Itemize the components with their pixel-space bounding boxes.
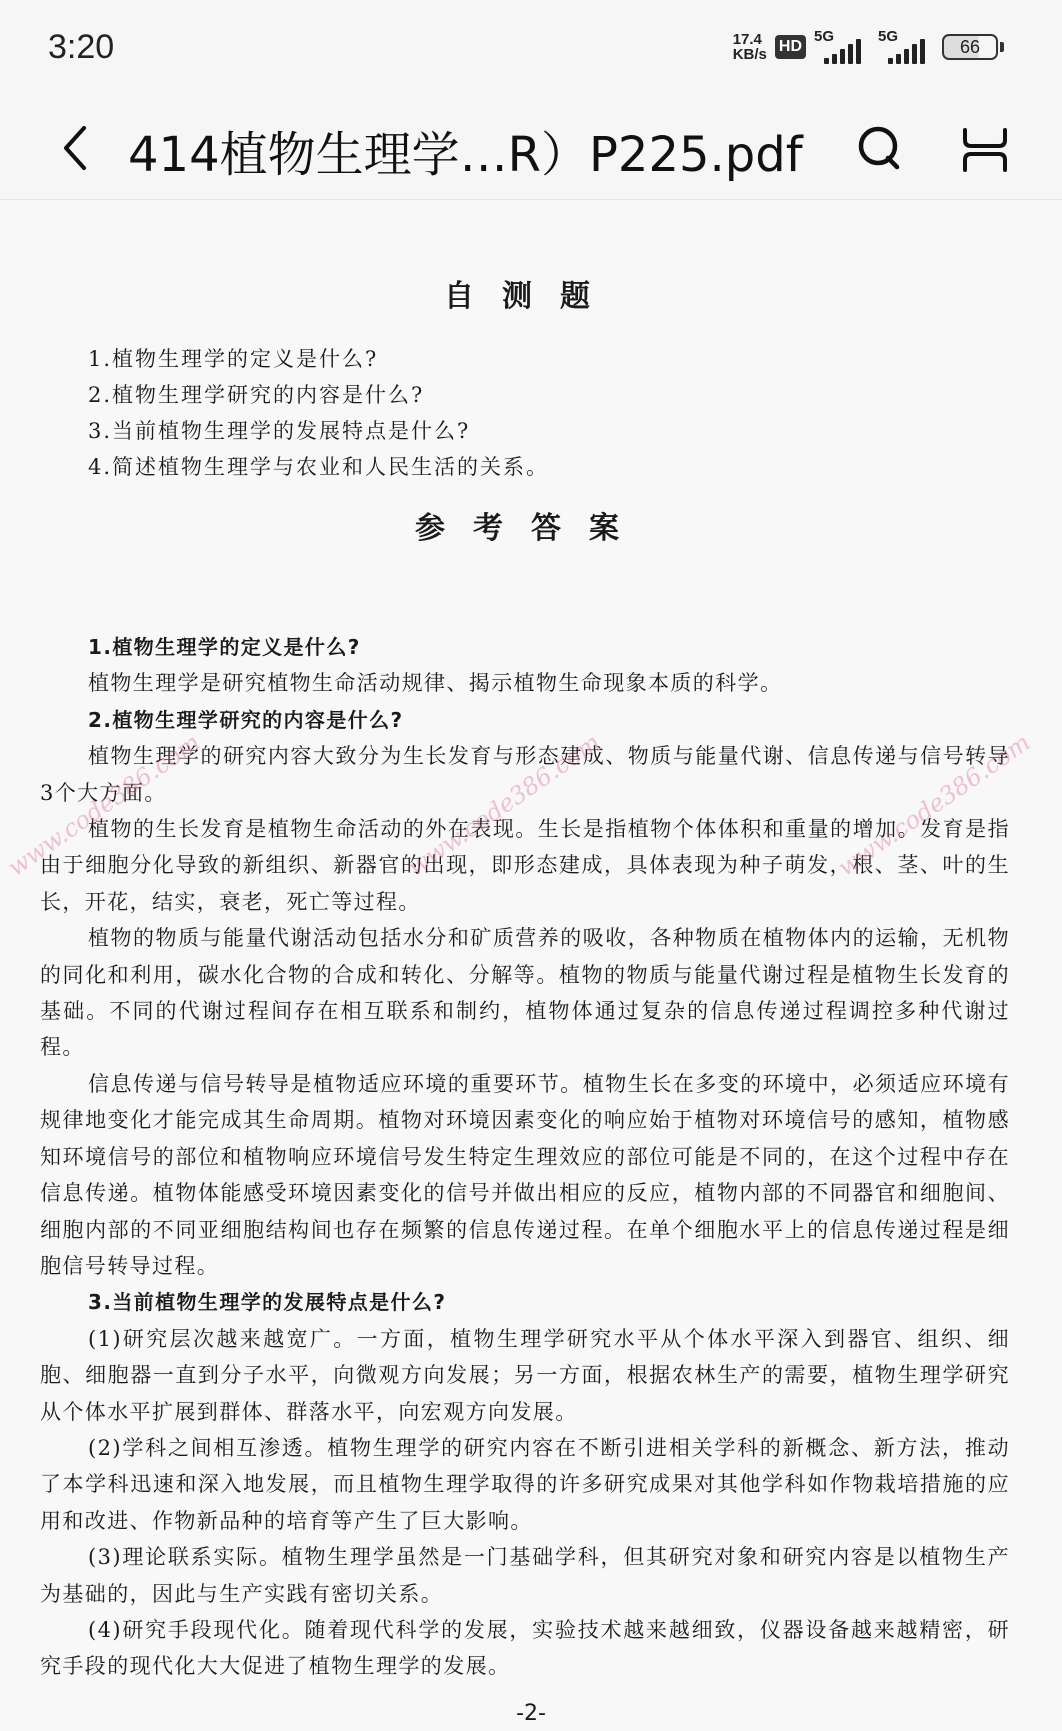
chevron-left-icon bbox=[56, 118, 96, 178]
question-item: 4.简述植物生理学与农业和人民生活的关系。 bbox=[88, 449, 549, 485]
search-icon bbox=[852, 118, 908, 178]
network-speed-value: 17.4 bbox=[733, 32, 767, 47]
question-item: 2.植物生理学研究的内容是什么? bbox=[88, 377, 549, 413]
signal-sim2-icon: 5G bbox=[878, 30, 934, 64]
status-bar: 3:20 17.4 KB/s HD 5G 5G 66 bbox=[0, 0, 1062, 96]
answer-paragraph: (1)研究层次越来越宽广。一方面，植物生理学研究水平从个体水平深入到器官、组织、… bbox=[40, 1321, 1010, 1430]
answers-section: 1.植物生理学的定义是什么? 植物生理学是研究植物生命活动规律、揭示植物生命现象… bbox=[40, 629, 1010, 1685]
page-number: -2- bbox=[0, 1701, 1062, 1726]
fold-view-button[interactable] bbox=[960, 118, 1010, 178]
fold-icon bbox=[960, 118, 1010, 178]
answer-paragraph: (2)学科之间相互渗透。植物生理学的研究内容在不断引进相关学科的新概念、新方法，… bbox=[40, 1430, 1010, 1539]
answer-paragraph: 信息传递与信号转导是植物适应环境的重要环节。植物生长在多变的环境中，必须适应环境… bbox=[40, 1066, 1010, 1284]
document-title: 414植物生理学…R）P225.pdf bbox=[128, 116, 803, 185]
back-button[interactable] bbox=[56, 118, 96, 178]
answer-paragraph: (3)理论联系实际。植物生理学虽然是一门基础学科，但其研究对象和研究内容是以植物… bbox=[40, 1539, 1010, 1612]
answer-paragraph: 植物生理学是研究植物生命活动规律、揭示植物生命现象本质的科学。 bbox=[40, 665, 1010, 701]
answer-paragraph: (4)研究手段现代化。随着现代科学的发展，实验技术越来越细致，仪器设备越来越精密… bbox=[40, 1612, 1010, 1685]
answer-heading: 1.植物生理学的定义是什么? bbox=[40, 629, 1010, 665]
answer-paragraph: 植物的物质与能量代谢活动包括水分和矿质营养的吸收，各种物质在植物体内的运输，无机… bbox=[40, 920, 1010, 1066]
network-speed: 17.4 KB/s bbox=[733, 32, 767, 62]
signal-sim1-icon: 5G bbox=[814, 30, 870, 64]
question-item: 1.植物生理学的定义是什么? bbox=[88, 341, 549, 377]
hd-voice-icon: HD bbox=[775, 35, 806, 59]
battery-icon: 66 bbox=[942, 34, 1004, 60]
pdf-page[interactable]: 自测题 1.植物生理学的定义是什么? 2.植物生理学研究的内容是什么? 3.当前… bbox=[0, 201, 1062, 1731]
question-item: 3.当前植物生理学的发展特点是什么? bbox=[88, 413, 549, 449]
status-icons: 17.4 KB/s HD 5G 5G 66 bbox=[733, 30, 1004, 64]
answer-paragraph: 植物的生长发育是植物生命活动的外在表现。生长是指植物个体体积和重量的增加。发育是… bbox=[40, 811, 1010, 920]
question-list: 1.植物生理学的定义是什么? 2.植物生理学研究的内容是什么? 3.当前植物生理… bbox=[88, 341, 549, 485]
status-time: 3:20 bbox=[48, 28, 114, 67]
network-speed-unit: KB/s bbox=[733, 47, 767, 62]
answers-title: 参考答案 bbox=[0, 503, 1062, 547]
battery-level: 66 bbox=[942, 34, 998, 60]
nav-bar: 414植物生理学…R）P225.pdf bbox=[0, 96, 1062, 200]
answer-heading: 3.当前植物生理学的发展特点是什么? bbox=[40, 1284, 1010, 1320]
answer-paragraph: 植物生理学的研究内容大致分为生长发育与形态建成、物质与能量代谢、信息传递与信号转… bbox=[40, 738, 1010, 811]
answer-heading: 2.植物生理学研究的内容是什么? bbox=[40, 702, 1010, 738]
search-button[interactable] bbox=[852, 118, 908, 178]
self-test-title: 自测题 bbox=[0, 271, 1062, 315]
